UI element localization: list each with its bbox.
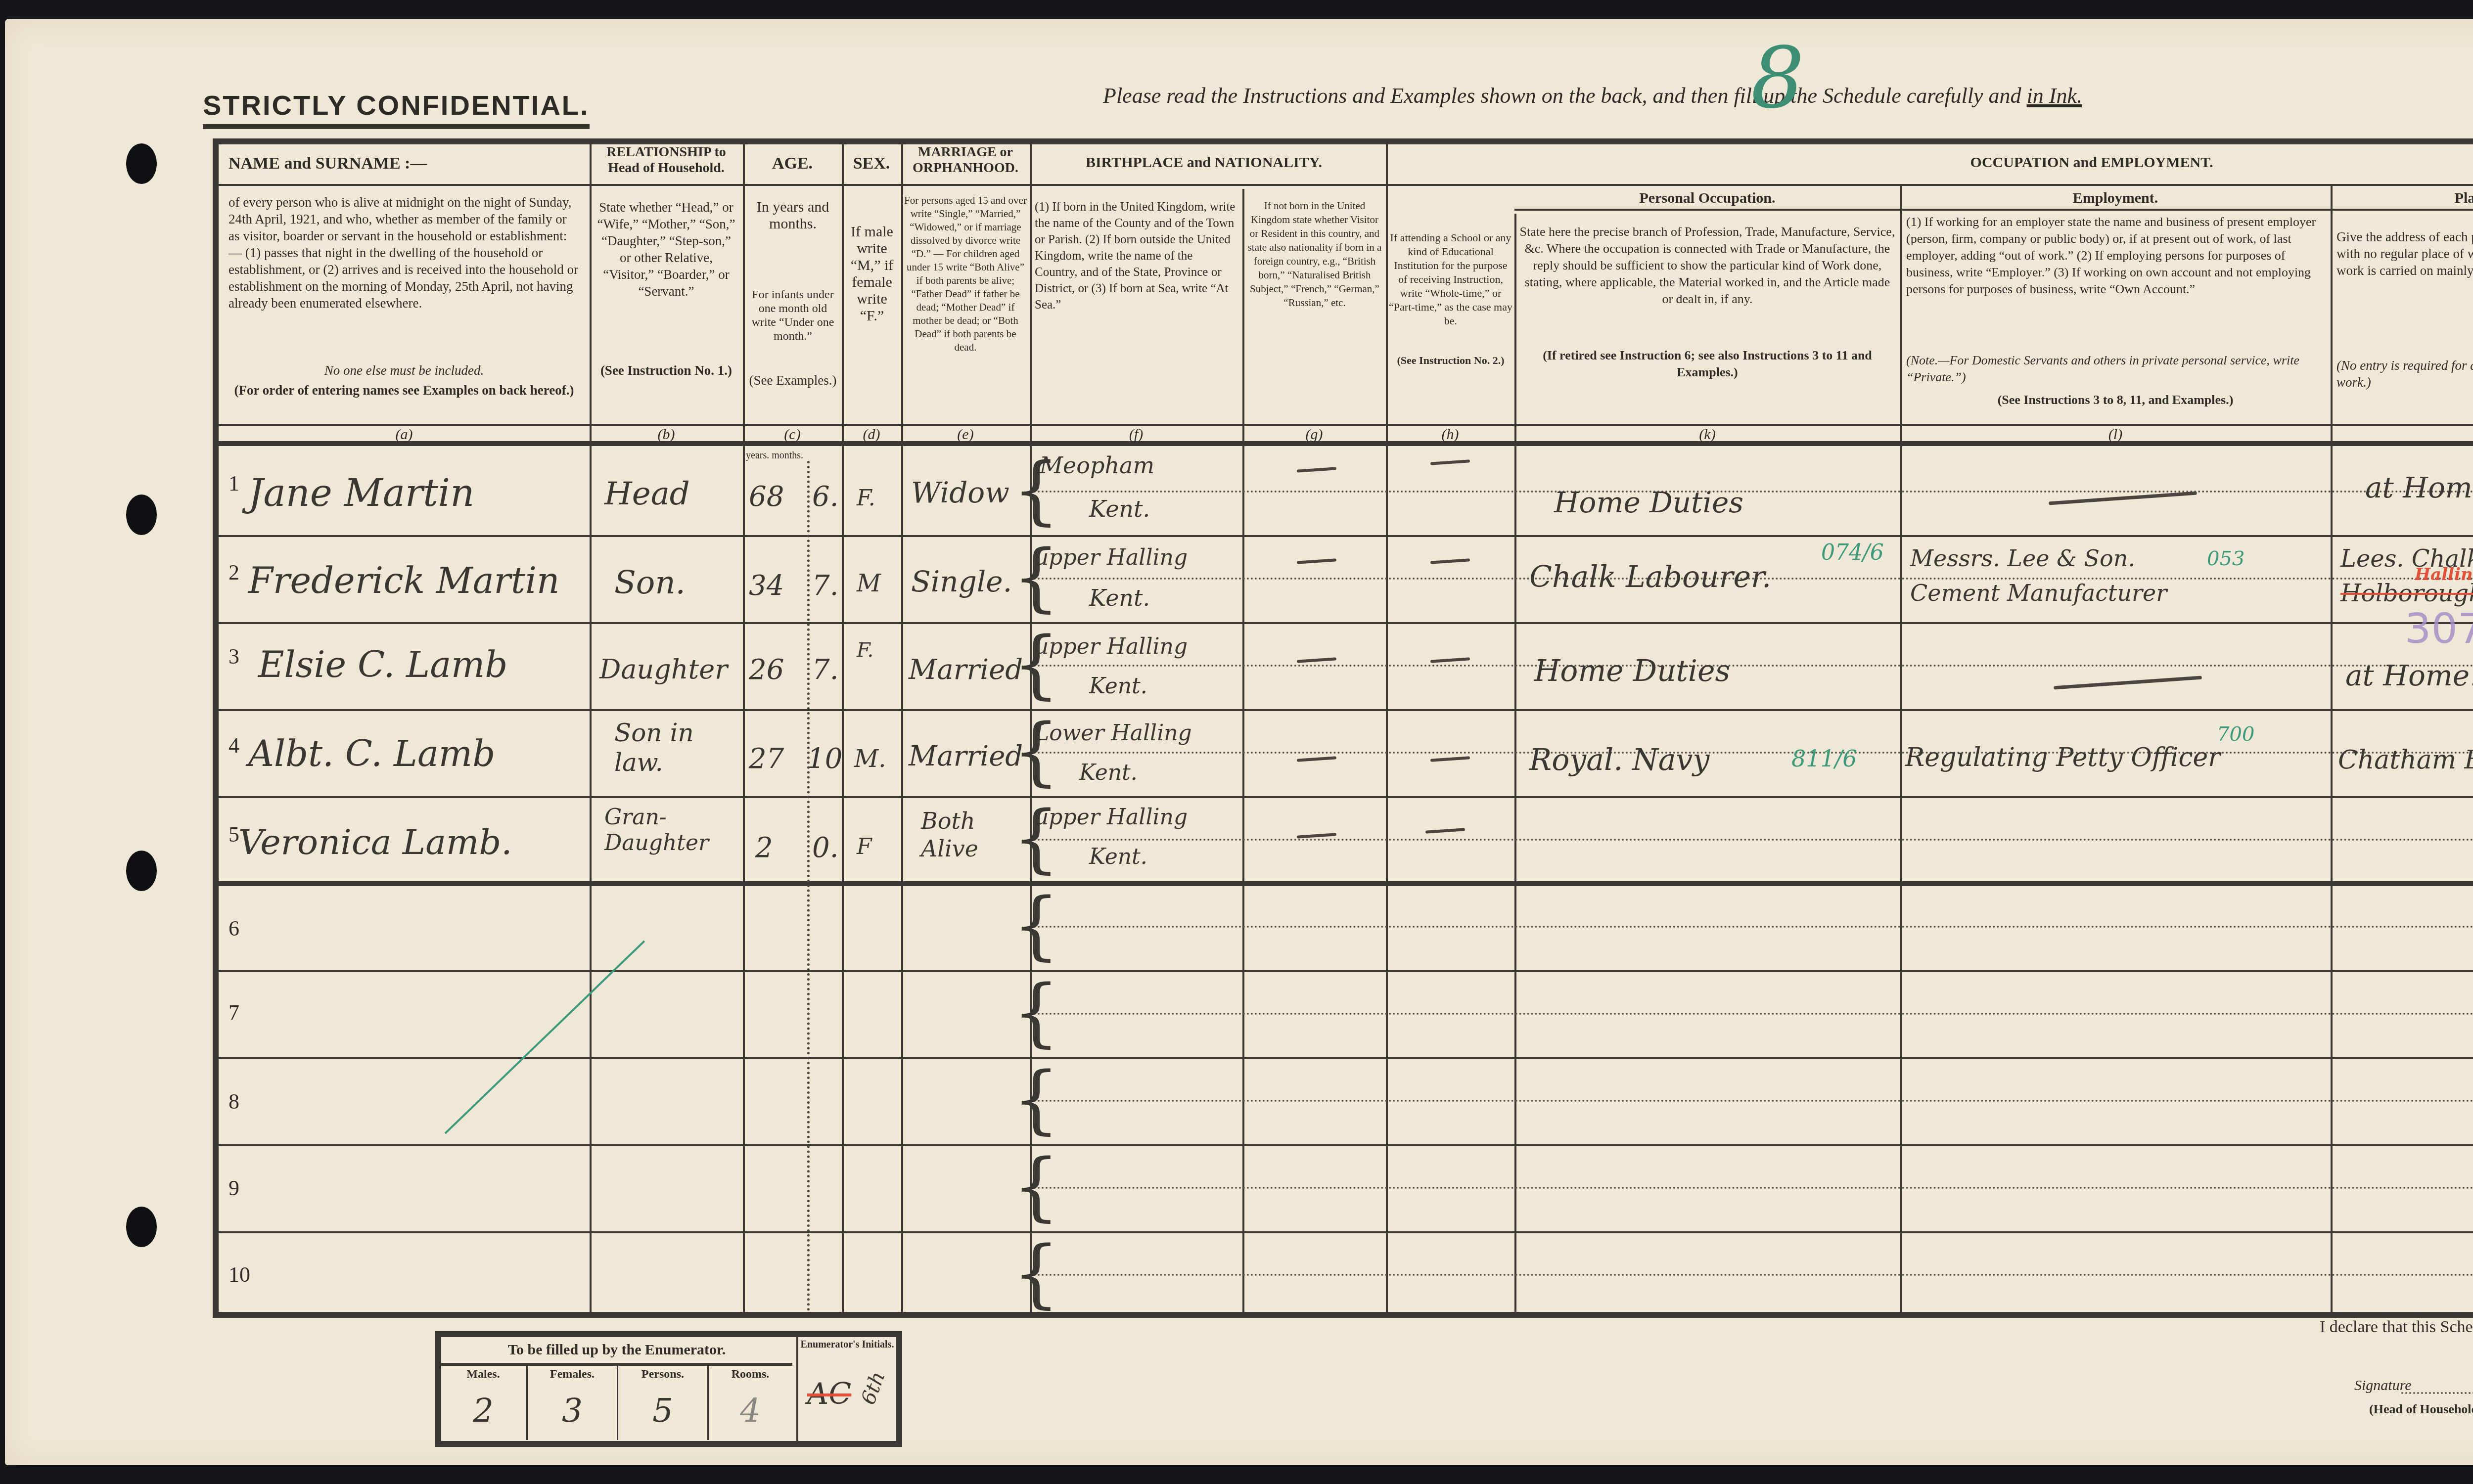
row-5-nationality-dash[interactable] xyxy=(1297,833,1336,839)
enumerator-initials-red: 6th xyxy=(857,1369,890,1408)
age-subheader: years. months. xyxy=(746,450,803,461)
col-m-note: (No entry is required for any person who… xyxy=(2336,357,2473,391)
col-l-note2: (See Instructions 3 to 8, 11, and Exampl… xyxy=(1906,392,2325,408)
col-k-note: (If retired see Instruction 6; see also … xyxy=(1519,347,1895,381)
row-number: 9 xyxy=(229,1175,239,1201)
declaration-text: I declare that this Schedule is correctl… xyxy=(2320,1318,2473,1337)
col-l-letter: (l) xyxy=(1900,426,2331,443)
row-4-education-dash[interactable] xyxy=(1430,756,1470,762)
col-c-title: AGE. xyxy=(744,154,841,173)
row-4-age-months[interactable]: 10 xyxy=(807,743,842,775)
row-4-birthplace-2[interactable]: Kent. xyxy=(1079,760,1138,785)
row-5-age-months[interactable]: 0. xyxy=(812,832,838,864)
col-c-letter: (c) xyxy=(743,426,842,443)
col-divider xyxy=(842,144,844,1318)
row-4-occupation[interactable]: Royal. Navy xyxy=(1529,743,1709,777)
row-2-employment-code: 053 xyxy=(2207,547,2244,570)
row-rule xyxy=(219,796,2473,798)
row-2-birthplace-1[interactable]: upper Halling xyxy=(1035,545,1188,570)
rule xyxy=(219,184,1030,186)
col-k-title: Personal Occupation. xyxy=(1515,189,1899,208)
row-1-education-dash[interactable] xyxy=(1430,459,1470,465)
row-3-age-years[interactable]: 26 xyxy=(749,654,784,686)
row-4-employment-code: 700 xyxy=(2217,723,2254,746)
punch-hole xyxy=(126,851,157,891)
col-a-note-order: (For order of entering names see Example… xyxy=(229,382,580,399)
brace: { xyxy=(1012,976,1059,1050)
row-1-name[interactable]: Jane Martin xyxy=(248,471,474,515)
enumerator-initials[interactable]: AC xyxy=(807,1377,851,1411)
row-4-occupation-code: 811/6 xyxy=(1791,745,1857,772)
rooms-value[interactable]: 4 xyxy=(708,1392,792,1430)
col-a-description: of every person who is alive at midnight… xyxy=(229,194,580,312)
strictly-confidential-heading: STRICTLY CONFIDENTIAL. xyxy=(203,89,590,129)
enumerator-initials-label: Enumerator's Initials. xyxy=(800,1339,894,1350)
row-3-relationship[interactable]: Daughter xyxy=(599,654,728,685)
dotted-rule xyxy=(1030,491,2473,493)
dotted-rule xyxy=(1030,1274,2473,1276)
col-b-letter: (b) xyxy=(590,426,743,443)
row-1-relationship[interactable]: Head xyxy=(604,476,690,512)
row-3-nationality-dash[interactable] xyxy=(1297,657,1336,663)
col-a-title: NAME and SURNAME :— xyxy=(229,154,525,173)
persons-label: Persons. xyxy=(618,1368,707,1381)
census-table: NAME and SURNAME :— RELATIONSHIP to Head… xyxy=(213,138,2473,1318)
row-number: 6 xyxy=(229,916,239,941)
dotted-rule xyxy=(1030,665,2473,667)
col-divider xyxy=(1514,214,1516,1318)
col-m-letter: (m) xyxy=(2331,426,2473,443)
dotted-rule xyxy=(1030,1100,2473,1102)
row-3-sex[interactable]: F. xyxy=(857,639,873,662)
row-rule xyxy=(219,535,2473,537)
rule xyxy=(1030,184,1524,186)
row-2-employment-business[interactable]: Cement Manufacturer xyxy=(1910,580,2167,606)
signature-caption: (Head of Household, Manager of Establish… xyxy=(2369,1402,2473,1417)
row-4-workplace[interactable]: Chatham Barracks xyxy=(2338,745,2473,775)
col-h-note: (See Instruction No. 2.) xyxy=(1389,352,1512,369)
row-5-age-years[interactable]: 2 xyxy=(755,832,773,864)
row-1-marriage[interactable]: Widow xyxy=(911,476,1009,509)
row-number: 8 xyxy=(229,1089,239,1114)
col-g-letter: (g) xyxy=(1242,426,1386,443)
col-l-description: (1) If working for an employer state the… xyxy=(1906,214,2325,298)
row-3-occupation[interactable]: Home Duties xyxy=(1534,654,1730,688)
row-4-marriage[interactable]: Married xyxy=(909,740,1023,772)
row-number: 2 xyxy=(229,560,239,585)
row-rule xyxy=(219,1057,2473,1059)
col-h-description: If attending a School or any kind of Edu… xyxy=(1389,231,1512,328)
females-value[interactable]: 3 xyxy=(528,1392,617,1430)
punch-hole xyxy=(126,143,157,184)
row-3-employment-dash[interactable] xyxy=(2054,676,2202,690)
row-1-employment-dash[interactable] xyxy=(2049,492,2197,505)
col-b-title: RELATIONSHIP to Head of Household. xyxy=(591,144,742,176)
enumerator-box-heading: To be filled up by the Enumerator. xyxy=(441,1337,792,1366)
row-4-age-years[interactable]: 27 xyxy=(749,743,784,775)
instructions-line: Please read the Instructions and Example… xyxy=(1103,83,2082,108)
row-5-relationship[interactable]: Gran-Daughter xyxy=(604,805,738,856)
in-ink-text: in Ink. xyxy=(2027,84,2082,108)
row-rule xyxy=(219,1144,2473,1146)
row-1-sex[interactable]: F. xyxy=(857,486,875,511)
instructions-text: Please read the Instructions and Example… xyxy=(1103,84,2027,108)
rule xyxy=(219,424,2473,426)
col-k-letter: (k) xyxy=(1514,426,1900,443)
males-value[interactable]: 2 xyxy=(441,1392,525,1430)
row-2-employment[interactable]: Messrs. Lee & Son. xyxy=(1910,545,2135,572)
col-m-description: Give the address of each person’s place … xyxy=(2336,228,2473,279)
row-number: 5 xyxy=(229,822,239,847)
signature-label: Signature xyxy=(2354,1377,2412,1394)
brace: { xyxy=(1012,1237,1059,1311)
row-5-sex[interactable]: F xyxy=(857,834,872,859)
col-m-title: Place of Work. xyxy=(2332,189,2473,208)
row-number: 4 xyxy=(229,733,239,758)
dotted-rule xyxy=(1030,752,2473,754)
row-2-name[interactable]: Frederick Martin xyxy=(248,560,559,601)
row-2-occupation-code: 074/6 xyxy=(1821,540,1884,565)
dotted-rule xyxy=(1030,926,2473,928)
row-3-education-dash[interactable] xyxy=(1430,657,1470,663)
row-1-age-months[interactable]: 6. xyxy=(812,481,838,513)
col-b-note: (See Instruction No. 1.) xyxy=(595,362,738,379)
col-c-note2: (See Examples.) xyxy=(746,372,840,389)
row-3-marriage[interactable]: Married xyxy=(909,654,1023,686)
col-d-description: If male write “M,” if female write “F.” xyxy=(845,224,899,324)
row-3-birthplace-1[interactable]: upper Halling xyxy=(1035,634,1188,659)
col-divider xyxy=(1900,184,1902,1318)
rooms-label: Rooms. xyxy=(708,1368,792,1381)
enumerator-green-mark: 8 xyxy=(1751,30,1804,128)
row-4-employment[interactable]: Regulating Petty Officer xyxy=(1905,743,2220,772)
row-2-occupation[interactable]: Chalk Labourer. xyxy=(1529,560,1771,594)
row-number: 7 xyxy=(229,1000,239,1025)
dotted-rule xyxy=(1030,839,2473,841)
signature-line xyxy=(2401,1392,2473,1394)
row-4-relationship[interactable]: Son in law. xyxy=(614,718,738,777)
divider xyxy=(796,1337,798,1441)
row-2-nationality-dash[interactable] xyxy=(1297,558,1336,564)
col-f-description: (1) If born in the United Kingdom, write… xyxy=(1035,199,1237,313)
enumerator-totals-box: To be filled up by the Enumerator. Males… xyxy=(435,1331,902,1447)
row-2-sex[interactable]: M xyxy=(857,570,881,597)
brace: { xyxy=(1012,1150,1059,1224)
row-rule xyxy=(219,1231,2473,1233)
row-rule xyxy=(219,970,2473,972)
brace: { xyxy=(1012,1063,1059,1137)
row-rule xyxy=(219,709,2473,711)
col-divider xyxy=(1386,144,1388,1318)
row-2-stamp: 3076 07 xyxy=(2405,604,2473,653)
col-g-description: If not born in the United Kingdom state … xyxy=(1245,199,1384,310)
row-1-birthplace-2[interactable]: Kent. xyxy=(1089,495,1150,522)
row-1-nationality-dash[interactable] xyxy=(1297,467,1336,473)
row-5-marriage[interactable]: Both Alive xyxy=(921,807,1010,862)
row-1-age-years[interactable]: 68 xyxy=(749,481,784,513)
col-divider xyxy=(2331,184,2333,1318)
row-1-birthplace-1[interactable]: Meopham xyxy=(1040,452,1154,479)
col-divider xyxy=(590,144,592,1318)
col-b-description: State whether “Head,” or “Wife,” “Mother… xyxy=(595,199,738,300)
col-l-title: Employment. xyxy=(1901,189,2330,208)
dotted-rule xyxy=(1030,1013,2473,1015)
row-4-sex[interactable]: M. xyxy=(854,745,886,773)
row-2-workplace-correction: Halling xyxy=(2415,565,2473,585)
row-5-birthplace-1[interactable]: upper Halling xyxy=(1035,805,1188,830)
row-5-birthplace-2[interactable]: Kent. xyxy=(1089,844,1147,869)
occupation-group-title: OCCUPATION and EMPLOYMENT. xyxy=(1515,153,2473,172)
col-c-description: In years and months. xyxy=(746,199,840,232)
row-2-relationship[interactable]: Son. xyxy=(614,565,686,601)
males-label: Males. xyxy=(441,1368,525,1381)
row-3-birthplace-2[interactable]: Kent. xyxy=(1089,674,1147,699)
col-f-letter: (f) xyxy=(1030,426,1242,443)
col-c-note: For infants under one month old write “U… xyxy=(746,288,840,343)
col-l-note: (Note.—For Domestic Servants and others … xyxy=(1906,352,2325,386)
col-e-title: MARRIAGE or ORPHANHOOD. xyxy=(902,144,1029,176)
col-e-letter: (e) xyxy=(901,426,1030,443)
col-h-letter: (h) xyxy=(1386,426,1514,443)
row-4-name[interactable]: Albt. C. Lamb xyxy=(248,733,495,774)
row-2-age-months[interactable]: 7. xyxy=(812,570,838,602)
col-a-letter: (a) xyxy=(219,426,590,443)
col-a-note: No one else must be included. xyxy=(229,362,580,379)
row-number: 10 xyxy=(229,1262,250,1287)
row-1-workplace[interactable]: at Home xyxy=(2365,471,2473,504)
row-rule-thick xyxy=(219,881,2473,886)
row-4-nationality-dash[interactable] xyxy=(1297,756,1336,762)
punch-hole xyxy=(126,495,157,535)
punch-hole xyxy=(126,1207,157,1247)
row-2-birthplace-2[interactable]: Kent. xyxy=(1089,585,1150,611)
birthplace-group-title: BIRTHPLACE and NATIONALITY. xyxy=(1031,153,1377,172)
females-label: Females. xyxy=(528,1368,617,1381)
persons-value[interactable]: 5 xyxy=(618,1392,707,1430)
row-3-name[interactable]: Elsie C. Lamb xyxy=(258,644,507,685)
col-d-title: SEX. xyxy=(843,154,900,173)
col-e-description: For persons aged 15 and over write “Sing… xyxy=(903,194,1028,354)
row-number: 3 xyxy=(229,644,239,669)
row-3-workplace[interactable]: at Home. xyxy=(2345,659,2473,692)
row-number: 1 xyxy=(229,471,239,496)
dotted-rule xyxy=(1030,1187,2473,1189)
rule xyxy=(1514,209,2473,211)
row-2-marriage[interactable]: Single. xyxy=(911,565,1012,598)
row-5-name[interactable]: Veronica Lamb. xyxy=(238,822,512,862)
row-4-birthplace-1[interactable]: Lower Halling xyxy=(1035,720,1192,746)
col-divider xyxy=(743,144,745,1318)
row-rule xyxy=(219,622,2473,624)
col-k-description: State here the precise branch of Profess… xyxy=(1519,224,1895,308)
row-1-occupation[interactable]: Home Duties xyxy=(1554,486,1743,519)
row-3-age-months[interactable]: 7. xyxy=(812,654,838,686)
age-months-divider xyxy=(807,461,810,1311)
rule xyxy=(1514,184,2473,186)
brace: { xyxy=(1012,889,1059,963)
row-5-education-dash[interactable] xyxy=(1425,828,1465,834)
col-d-letter: (d) xyxy=(842,426,901,443)
row-2-age-years[interactable]: 34 xyxy=(749,570,784,602)
row-2-education-dash[interactable] xyxy=(1430,558,1470,564)
